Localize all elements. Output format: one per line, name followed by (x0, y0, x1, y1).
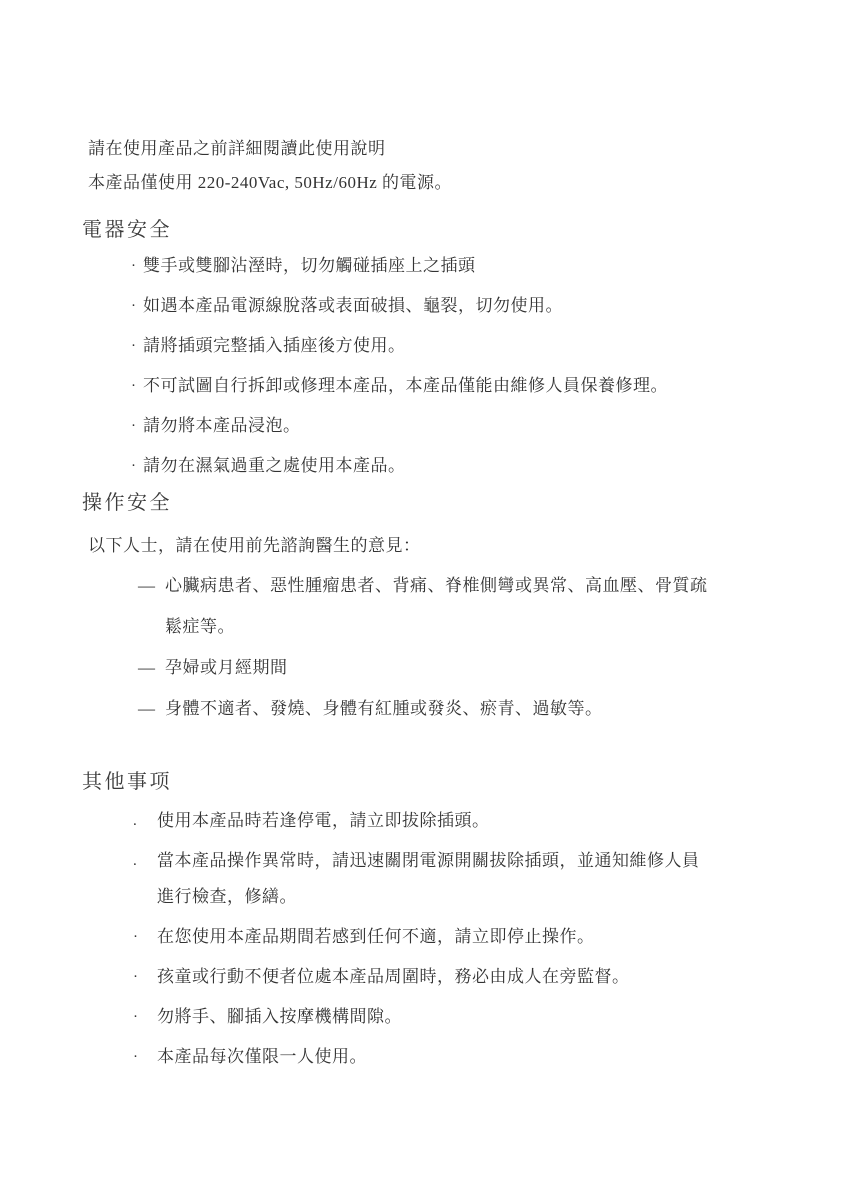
list-item-text: 勿將手、腳插入按摩機構間隙。 (157, 1007, 402, 1027)
manual-page: 請在使用產品之前詳細閱讀此使用說明 本產品僅使用 220-240Vac, 50H… (0, 0, 842, 1191)
list-item: — 身體不適者、發燒、身體有紅腫或發炎、瘀青、過敏等。 (138, 699, 708, 719)
list-item: · 請勿在濕氣過重之處使用本產品。 (131, 456, 668, 476)
list-item-text: 本產品每次僅限一人使用。 (157, 1047, 367, 1067)
indent-spacer (138, 617, 165, 637)
bullet-marker: · (133, 1007, 157, 1027)
operation-safety-lead: 以下人士，請在使用前先諮詢醫生的意見： (88, 536, 421, 556)
bullet-marker: . (133, 851, 157, 871)
electrical-safety-list: · 雙手或雙腳沾溼時，切勿觸碰插座上之插頭 · 如遇本產品電源線脫落或表面破損、… (131, 256, 668, 496)
list-item: . 使用本產品時若逢停電，請立即拔除插頭。 (133, 811, 700, 831)
dash-marker: — (138, 658, 165, 678)
consult-doctor-list: — 心臟病患者、惡性腫瘤患者、背痛、脊椎側彎或異常、高血壓、骨質疏 鬆症等。 —… (138, 576, 708, 740)
bullet-marker: · (131, 416, 143, 436)
intro-line-power-spec: 本產品僅使用 220-240Vac, 50Hz/60Hz 的電源。 (88, 173, 452, 193)
section-heading-operation-safety: 操作安全 (82, 492, 172, 515)
bullet-marker: · (131, 256, 143, 276)
indent-spacer (133, 887, 157, 907)
list-item-text: 請將插頭完整插入插座後方使用。 (143, 336, 406, 356)
bullet-marker: · (131, 456, 143, 476)
list-item-text: 身體不適者、發燒、身體有紅腫或發炎、瘀青、過敏等。 (165, 699, 603, 719)
bullet-marker: . (133, 811, 157, 831)
list-item: . 當本產品操作異常時，請迅速關閉電源開關拔除插頭，並通知維修人員 進行檢查，修… (133, 851, 700, 907)
list-item-text-continued: 鬆症等。 (165, 617, 235, 637)
list-item: · 雙手或雙腳沾溼時，切勿觸碰插座上之插頭 (131, 256, 668, 276)
list-item-text: 在您使用本產品期間若感到任何不適，請立即停止操作。 (157, 927, 595, 947)
bullet-marker: · (131, 336, 143, 356)
list-item: · 孩童或行動不便者位處本產品周圍時，務必由成人在旁監督。 (133, 967, 700, 987)
bullet-marker: · (133, 1047, 157, 1067)
list-item: — 孕婦或月經期間 (138, 658, 708, 678)
list-item: · 請勿將本產品浸泡。 (131, 416, 668, 436)
dash-marker: — (138, 576, 165, 596)
list-item-text: 心臟病患者、惡性腫瘤患者、背痛、脊椎側彎或異常、高血壓、骨質疏 (165, 576, 708, 596)
list-item: · 本產品每次僅限一人使用。 (133, 1047, 700, 1067)
list-item-text-continued: 進行檢查，修繕。 (157, 887, 297, 907)
bullet-marker: · (131, 376, 143, 396)
list-item-text: 如遇本產品電源線脫落或表面破損、龜裂，切勿使用。 (143, 296, 563, 316)
list-item: · 如遇本產品電源線脫落或表面破損、龜裂，切勿使用。 (131, 296, 668, 316)
other-notes-list: . 使用本產品時若逢停電，請立即拔除插頭。 . 當本產品操作異常時，請迅速關閉電… (133, 811, 700, 1087)
list-item-text: 請勿在濕氣過重之處使用本產品。 (143, 456, 406, 476)
list-item-text: 請勿將本產品浸泡。 (143, 416, 301, 436)
list-item-text: 孕婦或月經期間 (165, 658, 288, 678)
dash-marker: — (138, 699, 165, 719)
list-item: — 心臟病患者、惡性腫瘤患者、背痛、脊椎側彎或異常、高血壓、骨質疏 鬆症等。 (138, 576, 708, 637)
list-item: · 勿將手、腳插入按摩機構間隙。 (133, 1007, 700, 1027)
bullet-marker: · (131, 296, 143, 316)
section-heading-other-notes: 其他事项 (82, 771, 172, 794)
list-item-text: 不可試圖自行拆卸或修理本產品，本產品僅能由維修人員保養修理。 (143, 376, 668, 396)
section-heading-electrical-safety: 電器安全 (82, 219, 172, 242)
list-item: · 不可試圖自行拆卸或修理本產品，本產品僅能由維修人員保養修理。 (131, 376, 668, 396)
list-item-text: 孩童或行動不便者位處本產品周圍時，務必由成人在旁監督。 (157, 967, 630, 987)
bullet-marker: · (133, 967, 157, 987)
list-item-text: 雙手或雙腳沾溼時，切勿觸碰插座上之插頭 (143, 256, 476, 276)
list-item-text: 當本產品操作異常時，請迅速關閉電源開關拔除插頭，並通知維修人員 (157, 851, 700, 871)
list-item: · 請將插頭完整插入插座後方使用。 (131, 336, 668, 356)
bullet-marker: · (133, 927, 157, 947)
intro-line-read-instructions: 請在使用產品之前詳細閱讀此使用說明 (88, 139, 386, 159)
list-item-text: 使用本產品時若逢停電，請立即拔除插頭。 (157, 811, 490, 831)
list-item: · 在您使用本產品期間若感到任何不適，請立即停止操作。 (133, 927, 700, 947)
